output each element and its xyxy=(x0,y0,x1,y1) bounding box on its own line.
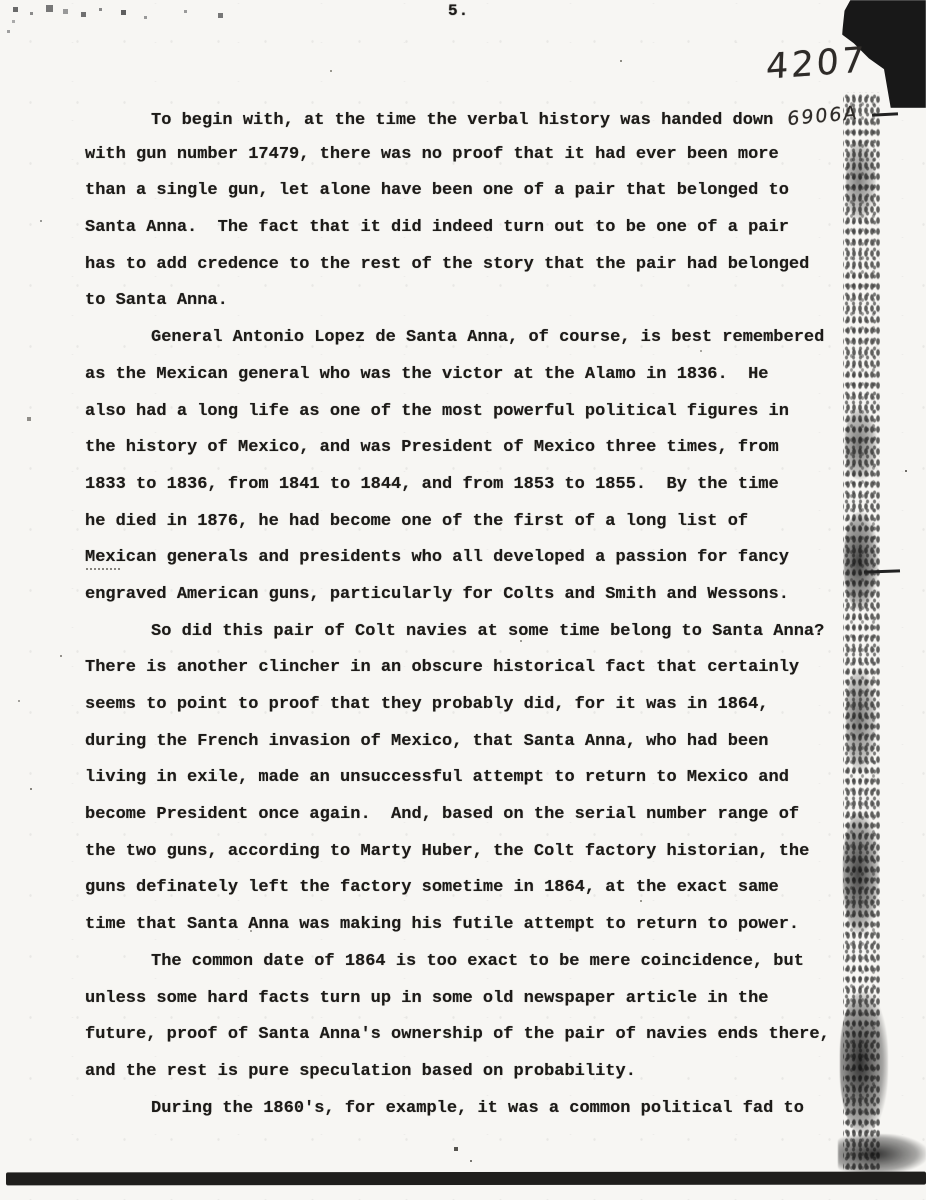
text-line: engraved American guns, particularly for… xyxy=(85,577,885,614)
text-line: than a single gun, let alone have been o… xyxy=(85,173,885,210)
text-line: time that Santa Anna was making his futi… xyxy=(85,907,885,944)
paragraph: The common date of 1864 is too exact to … xyxy=(85,944,885,1091)
text-line: during the French invasion of Mexico, th… xyxy=(85,724,885,761)
text-line: 1833 to 1836, from 1841 to 1844, and fro… xyxy=(85,467,885,504)
text-line: and the rest is pure speculation based o… xyxy=(85,1054,885,1091)
text-line: become President once again. And, based … xyxy=(85,797,885,834)
text-line: Santa Anna. The fact that it did indeed … xyxy=(85,210,885,247)
text-line: also had a long life as one of the most … xyxy=(85,394,885,431)
text-line: There is another clincher in an obscure … xyxy=(85,650,885,687)
scanned-page: 5. 4207 To begin with, at the time the v… xyxy=(0,0,926,1200)
text-line: has to add credence to the rest of the s… xyxy=(85,247,885,284)
scan-artifact-cluster xyxy=(838,1134,926,1174)
paragraph: General Antonio Lopez de Santa Anna, of … xyxy=(85,320,885,614)
text-line: as the Mexican general who was the victo… xyxy=(85,357,885,394)
text-line-content: To begin with, at the time the verbal hi… xyxy=(151,111,773,130)
text-line: The common date of 1864 is too exact to … xyxy=(85,944,885,981)
text-line: living in exile, made an unsuccessful at… xyxy=(85,760,885,797)
text-line: future, proof of Santa Anna's ownership … xyxy=(85,1017,885,1054)
document-body: To begin with, at the time the verbal hi… xyxy=(85,100,885,1127)
paragraph: To begin with, at the time the verbal hi… xyxy=(85,100,885,320)
text-line: the history of Mexico, and was President… xyxy=(85,430,885,467)
text-line: seems to point to proof that they probab… xyxy=(85,687,885,724)
text-line: guns definately left the factory sometim… xyxy=(85,870,885,907)
text-line: General Antonio Lopez de Santa Anna, of … xyxy=(85,320,885,357)
text-line: the two guns, according to Marty Huber, … xyxy=(85,834,885,871)
handwritten-page-id: 4207 xyxy=(765,40,867,87)
page-number: 5. xyxy=(448,2,469,20)
text-line: During the 1860's, for example, it was a… xyxy=(85,1091,885,1128)
text-line: unless some hard facts turn up in some o… xyxy=(85,981,885,1018)
text-line: Mexican generals and presidents who all … xyxy=(85,540,885,577)
text-line: with gun number 17479, there was no proo… xyxy=(85,137,885,174)
scan-artifact-bottom-bar xyxy=(6,1172,926,1186)
text-line: to Santa Anna. xyxy=(85,283,885,320)
top-left-smudge-artifact xyxy=(4,6,7,9)
text-line: To begin with, at the time the verbal hi… xyxy=(85,100,885,137)
text-line: he died in 1876, he had become one of th… xyxy=(85,504,885,541)
paragraph: During the 1860's, for example, it was a… xyxy=(85,1091,885,1128)
paragraph: So did this pair of Colt navies at some … xyxy=(85,614,885,944)
handwritten-serial-annotation: 6906A xyxy=(787,95,860,138)
paper-noise-specks xyxy=(0,0,2,2)
text-line: So did this pair of Colt navies at some … xyxy=(85,614,885,651)
